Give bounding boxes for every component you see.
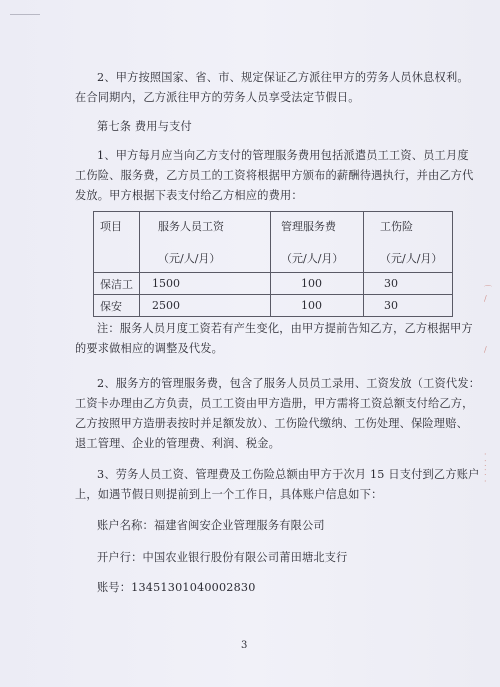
account-number: 账号：13451301040002830: [75, 578, 430, 598]
cell-wage: 1500: [140, 273, 271, 295]
seal-edge-mark: ·⁚⁚·: [484, 450, 492, 486]
clause7-item1-line2: 工伤险、服务费，乙方员工的工资将根据甲方颁布的薪酬待遇执行，并由乙方代: [75, 166, 430, 186]
clause7-item2-line1: 2、服务方的管理服务费，包含了服务人员员工录用、工资发放（工资代发：: [75, 374, 430, 394]
cell-service-fee: 100: [271, 295, 364, 317]
clause7-item2-line4: 退工管理、企业的管理费、利润、税金。: [75, 434, 430, 454]
cell-wage: 2500: [140, 295, 271, 317]
unit-label: （元/人/月）: [158, 250, 264, 266]
scan-speck: [10, 14, 40, 15]
bank-name: 开户行：中国农业银行股份有限公司莆田塘北支行: [75, 548, 430, 568]
page-number: 3: [241, 640, 247, 651]
table-row: 保洁工 1500 100 30: [94, 273, 453, 295]
account-name: 账户名称：福建省闽安企业管理服务有限公司: [75, 516, 430, 536]
note-line2: 的要求做相应的调整及代发。: [75, 339, 430, 359]
cell-item: 保洁工: [94, 273, 140, 295]
clause7-item1-line1: 1、甲方每月应当向乙方支付的管理服务费用包括派遣员工工资、员工月度: [75, 146, 430, 166]
cell-item: 保安: [94, 295, 140, 317]
clause6-item2-line1: 2、甲方按照国家、省、市、规定保证乙方派往甲方的劳务人员休息权利。: [75, 68, 430, 88]
note-line1: 注：服务人员月度工资若有产生变化，由甲方提前告知乙方，乙方根据甲方: [75, 319, 430, 339]
clause7-heading: 第七条 费用与支付: [75, 117, 430, 137]
unit-label: （元/人/月）: [380, 250, 446, 266]
cell-service-fee: 100: [271, 273, 364, 295]
table-row: 保安 2500 100 30: [94, 295, 453, 317]
scanned-document-page: 2、甲方按照国家、省、市、规定保证乙方派往甲方的劳务人员休息权利。 在合同期内，…: [0, 0, 500, 687]
clause7-item3-line1: 3、劳务人员工资、管理费及工伤险总额由甲方于次月 15 日支付到乙方账户: [75, 465, 430, 485]
fee-table: 项目 服务人员工资（元/人/月） 管理服务费（元/人/月） 工伤险（元/人/月）…: [93, 211, 453, 317]
seal-edge-mark: ∕: [484, 345, 492, 354]
clause7-item1-line3: 发放。甲方根据下表支付给乙方相应的费用：: [75, 186, 430, 206]
seal-edge-mark: ⌒∕: [484, 285, 492, 303]
unit-label: （元/人/月）: [281, 250, 357, 266]
header-injury-insurance: 工伤险（元/人/月）: [364, 212, 453, 273]
cell-injury-insurance: 30: [364, 273, 453, 295]
clause7-item2-line3: 乙方按照甲方造册表按时并足额发放）、工伤险代缴纳、工伤处理、保险理赔、: [75, 414, 430, 434]
header-wage: 服务人员工资（元/人/月）: [140, 212, 271, 273]
header-service-fee: 管理服务费（元/人/月）: [271, 212, 364, 273]
header-item: 项目: [94, 212, 140, 273]
clause6-item2-line2: 在合同期内，乙方派往甲方的劳务人员享受法定节假日。: [75, 88, 430, 108]
fee-table-header-row: 项目 服务人员工资（元/人/月） 管理服务费（元/人/月） 工伤险（元/人/月）: [94, 212, 453, 273]
clause7-item3-line2: 上，如遇节假日则提前到上一个工作日，具体账户信息如下：: [75, 485, 430, 505]
cell-injury-insurance: 30: [364, 295, 453, 317]
clause7-item2-line2: 工资卡办理由乙方负责，员工工资由甲方造册，甲方需将工资总额支付给乙方，: [75, 394, 430, 414]
